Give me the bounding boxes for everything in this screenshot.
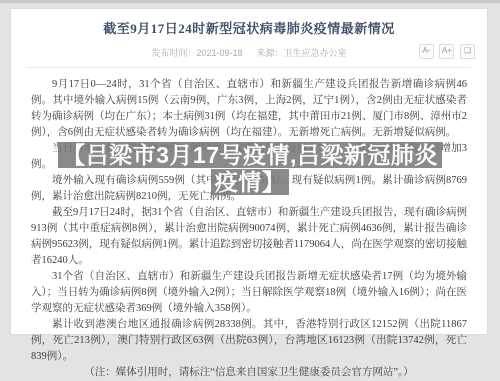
article-paragraph: 累计收到港澳台地区通报确诊病例28338例。其中，香港特别行政区12152例（出… (31, 317, 467, 345)
article-paragraph: 9月17日0—24时，31个省（自治区、直辖市）和新疆生产建设兵团报告新增确诊病… (31, 77, 467, 141)
article-paragraph: 境外输入现有确诊病例559例（其中重症病例5例），现有疑似病例1例。累计确诊病例… (31, 173, 467, 205)
publish-time-label: 发布时间： (151, 48, 196, 58)
article-body: 9月17日0—24时，31个省（自治区、直辖市）和新疆生产建设兵团报告新增确诊病… (31, 77, 467, 345)
article-paragraph: 截至9月17日24时，据31个省（自治区、直辖市）和新疆生产建设兵团报告，现有确… (31, 205, 467, 269)
article-toolbar: A- A+ ❏ (416, 44, 475, 59)
article-paragraph: 31个省（自治区、直辖市）和新疆生产建设兵团报告新增无症状感染者17例（均为境外… (31, 269, 467, 317)
article-card: 截至9月17日24时新型冠状病毒肺炎疫情最新情况 发布时间：2021-09-18… (10, 8, 488, 335)
window-top-edge (0, 0, 500, 3)
font-decrease-button[interactable]: A- (419, 44, 434, 59)
article-paragraph: 当日新增治愈出院病例49例，解除医学观察的密切接触者748人，重症病例较前一日增… (31, 141, 467, 173)
publish-date: 2021-09-18 (196, 48, 242, 58)
source-label: 来源： (257, 48, 284, 58)
header-divider (27, 67, 471, 68)
page-title: 截至9月17日24时新型冠状病毒肺炎疫情最新情况 (41, 18, 457, 37)
share-icon[interactable]: ❏ (460, 44, 475, 59)
article-meta: 发布时间：2021-09-18来源：卫生应急办公室 A- A+ ❏ (11, 46, 487, 60)
source-value: 卫生应急办公室 (284, 48, 347, 58)
font-increase-button[interactable]: A+ (439, 44, 454, 59)
